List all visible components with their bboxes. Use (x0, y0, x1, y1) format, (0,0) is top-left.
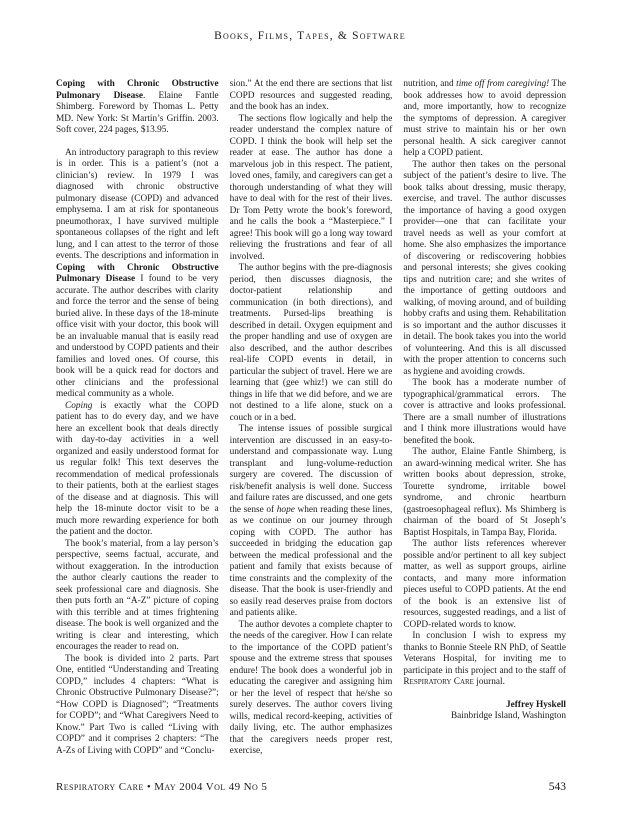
italic-run: Coping (65, 401, 92, 411)
text-run: The book has a moderate number of typogr… (403, 378, 566, 446)
text-run: I found to be very accurate. The author … (56, 274, 219, 399)
text-run: The author begins with the pre-diagnosis… (230, 263, 393, 423)
review-body: Coping with Chronic Obstructive Pulmonar… (56, 79, 566, 758)
text-run: nutrition, and (403, 79, 456, 89)
text-run: In conclusion I wish to express my thank… (403, 631, 566, 676)
text-run: sion.” At the end there are sections tha… (230, 79, 393, 112)
body-paragraph: The author lists references wherever pos… (403, 539, 566, 631)
book-citation: Coping with Chronic Obstructive Pulmonar… (56, 79, 219, 137)
body-paragraph: The intense issues of possible surgical … (230, 424, 393, 620)
italic-run: time off from caregiving! (456, 79, 549, 89)
body-paragraph: In conclusion I wish to express my thank… (403, 631, 566, 689)
text-run: The sections flow logically and help the… (230, 114, 393, 262)
body-paragraph: The book has a moderate number of typogr… (403, 378, 566, 447)
text-run: when reading these lines, as we continue… (230, 505, 393, 619)
journal-name-smallcaps: Respiratory Care (403, 677, 474, 687)
body-paragraph: The book’s material, from a lay person’s… (56, 539, 219, 654)
text-run: The author devotes a complete chapter to… (230, 620, 393, 757)
reviewer-location: Bainbridge Island, Washington (403, 711, 566, 723)
body-paragraph: The author begins with the pre-diagnosis… (230, 263, 393, 424)
body-paragraph: The author then takes on the personal su… (403, 160, 566, 379)
text-run: The intense issues of possible surgical … (230, 424, 393, 515)
italic-run: hope (277, 505, 295, 515)
body-paragraph: The author devotes a complete chapter to… (230, 620, 393, 758)
reviewer-name: Jeffrey Hyskell (403, 700, 566, 712)
body-paragraph: The sections flow logically and help the… (230, 114, 393, 264)
body-paragraph: The author, Elaine Fantle Shimberg, is a… (403, 447, 566, 539)
text-run: The author lists references wherever pos… (403, 539, 566, 630)
text-run: The book is divided into 2 parts. Part O… (56, 654, 219, 756)
body-paragraph: The book is divided into 2 parts. Part O… (56, 654, 219, 758)
column-3: nutrition, and time off from caregiving!… (403, 79, 566, 758)
page-number: 543 (549, 781, 566, 793)
text-run: The book addresses how to avoid depressi… (403, 79, 566, 158)
text-run: The book’s material, from a lay person’s… (56, 539, 219, 653)
journal-page: Books, Films, Tapes, & Software Coping w… (0, 0, 620, 824)
body-paragraph: An introductory paragraph to this review… (56, 148, 219, 401)
text-run: The author then takes on the personal su… (403, 160, 566, 377)
page-footer: Respiratory Care • May 2004 Vol 49 No 5 … (56, 781, 566, 793)
body-paragraph: Coping is exactly what the COPD patient … (56, 401, 219, 539)
text-run: journal. (474, 677, 505, 687)
body-paragraph-continuation: sion.” At the end there are sections tha… (230, 79, 393, 114)
journal-footer-line: Respiratory Care • May 2004 Vol 49 No 5 (56, 781, 267, 793)
body-paragraph-continuation: nutrition, and time off from caregiving!… (403, 79, 566, 160)
text-run: is exactly what the COPD patient has to … (56, 401, 219, 538)
text-run: An introductory paragraph to this review… (56, 148, 219, 262)
text-run: The author, Elaine Fantle Shimberg, is a… (403, 447, 566, 538)
section-running-head: Books, Films, Tapes, & Software (0, 30, 620, 42)
column-2: sion.” At the end there are sections tha… (230, 79, 393, 758)
column-1: Coping with Chronic Obstructive Pulmonar… (56, 79, 219, 758)
reviewer-signature: Jeffrey Hyskell Bainbridge Island, Washi… (403, 700, 566, 723)
